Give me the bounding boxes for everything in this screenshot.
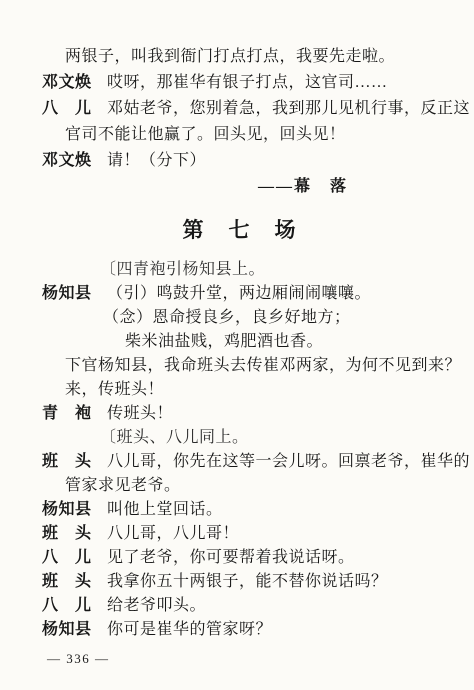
speaker-name: 杨知县 <box>42 618 92 642</box>
continuation-line: 来，传班头！ <box>42 378 438 402</box>
dialogue-line: 邓文焕哎呀，那崔华有银子打点，这官司…… <box>42 70 438 96</box>
curtain-fall-line: ——幕 落 <box>42 174 438 200</box>
dialogue-line: 杨知县（引）鸣鼓升堂，两边厢闹闹嚷嚷。 <box>42 282 438 306</box>
dialogue-text: 请！（分下） <box>107 152 206 169</box>
scene-seven-block: 〔四青袍引杨知县上。 杨知县（引）鸣鼓升堂，两边厢闹闹嚷嚷。 （念）恩命授良乡，… <box>42 258 438 642</box>
stage-direction: 〔班头、八儿同上。 <box>42 426 438 450</box>
verse-line: （念）恩命授良乡，良乡好地方； <box>42 306 438 330</box>
continuation-line: 两银子，叫我到衙门打点打点，我要先走啦。 <box>42 44 438 70</box>
continuation-line: 下官杨知县，我命班头去传崔邓两家，为何不见到来？ <box>42 354 438 378</box>
dialogue-text: 叫他上堂回话。 <box>107 501 223 518</box>
speaker-name: 青 袍 <box>42 402 92 426</box>
speaker-name: 八 儿 <box>42 546 92 570</box>
dialogue-line: 杨知县你可是崔华的管家呀？ <box>42 618 438 642</box>
dialogue-line: 邓文焕请！（分下） <box>42 148 438 174</box>
dialogue-text: 八儿哥，八儿哥！ <box>107 525 239 542</box>
verse-line: 柴米油盐贱，鸡肥酒也香。 <box>42 330 438 354</box>
dialogue-line: 八 儿见了老爷，你可要帮着我说话呀。 <box>42 546 438 570</box>
speaker-name: 八 儿 <box>42 96 92 122</box>
dialogue-text: 我拿你五十两银子，能不替你说话吗？ <box>107 573 388 590</box>
continuation-line: 官司不能让他赢了。回头见，回头见！ <box>42 122 438 148</box>
dialogue-text: 给老爷叩头。 <box>107 597 206 614</box>
speaker-name: 班 头 <box>42 450 92 474</box>
continuation-line: 管家求见老爷。 <box>42 474 438 498</box>
speaker-name: 邓文焕 <box>42 148 92 174</box>
dialogue-text: 传班头！ <box>107 405 173 422</box>
speaker-name: 杨知县 <box>42 498 92 522</box>
speaker-name: 八 儿 <box>42 594 92 618</box>
speaker-name: 班 头 <box>42 522 92 546</box>
dialogue-text: 你可是崔华的管家呀？ <box>107 621 272 638</box>
dialogue-line: 班 头八儿哥，你先在这等一会儿呀。回禀老爷，崔华的 <box>42 450 438 474</box>
speaker-name: 邓文焕 <box>42 70 92 96</box>
dialogue-line: 八 儿给老爷叩头。 <box>42 594 438 618</box>
page-number: — 336 — <box>42 651 438 667</box>
dialogue-line: 青 袍传班头！ <box>42 402 438 426</box>
stage-direction: 〔四青袍引杨知县上。 <box>42 258 438 282</box>
dialogue-line: 杨知县叫他上堂回话。 <box>42 498 438 522</box>
dialogue-line: 八 儿邓姑老爷，您别着急，我到那儿见机行事，反正这 <box>42 96 438 122</box>
dialogue-text: 邓姑老爷，您别着急，我到那儿见机行事，反正这 <box>107 100 470 117</box>
script-page: 两银子，叫我到衙门打点打点，我要先走啦。 邓文焕哎呀，那崔华有银子打点，这官司…… <box>0 0 474 690</box>
dialogue-text: 哎呀，那崔华有银子打点，这官司…… <box>107 74 388 91</box>
dialogue-line: 班 头八儿哥，八儿哥！ <box>42 522 438 546</box>
dialogue-text: 见了老爷，你可要帮着我说话呀。 <box>107 549 355 566</box>
dialogue-line: 班 头我拿你五十两银子，能不替你说话吗？ <box>42 570 438 594</box>
speaker-name: 班 头 <box>42 570 92 594</box>
scene-heading: 第 七 场 <box>42 215 438 245</box>
previous-scene-block: 两银子，叫我到衙门打点打点，我要先走啦。 邓文焕哎呀，那崔华有银子打点，这官司…… <box>42 44 438 200</box>
speaker-name: 杨知县 <box>42 282 92 306</box>
dialogue-text: （引）鸣鼓升堂，两边厢闹闹嚷嚷。 <box>107 285 371 302</box>
dialogue-text: 八儿哥，你先在这等一会儿呀。回禀老爷，崔华的 <box>107 453 470 470</box>
